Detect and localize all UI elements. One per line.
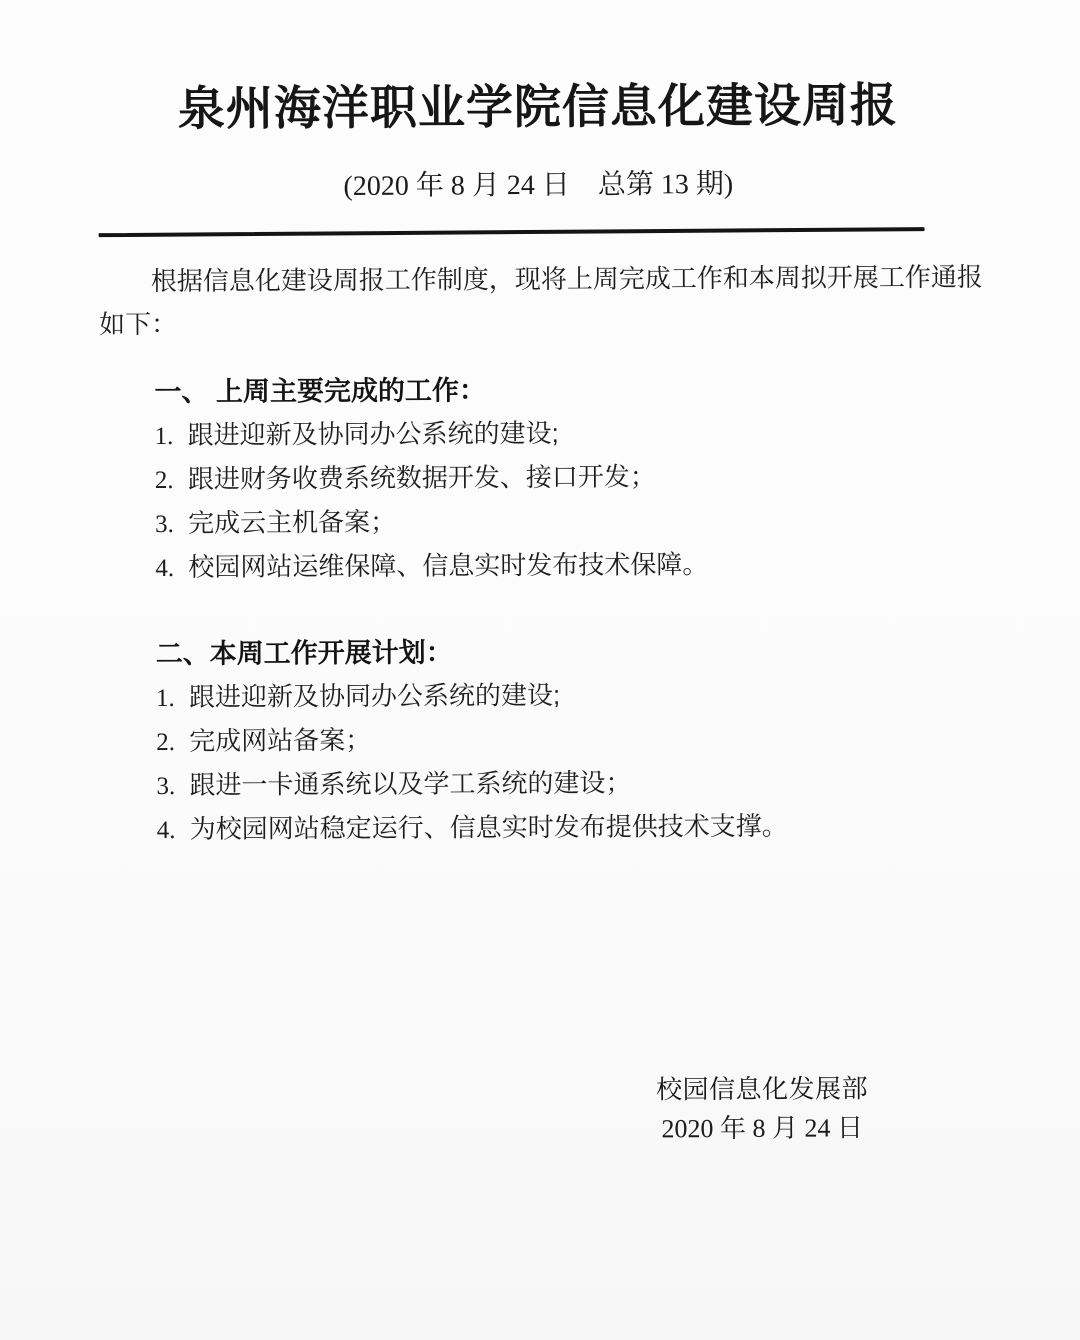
list-item-text: 跟进财务收费系统数据开发、接口开发；: [188, 455, 656, 500]
list-item: 3. 完成云主机备案；: [100, 498, 995, 547]
title-divider-rule: [99, 227, 925, 237]
last-week-work-list: 1. 跟进迎新及协同办公系统的建设; 2. 跟进财务收费系统数据开发、接口开发；…: [100, 410, 996, 591]
list-item: 2. 跟进财务收费系统数据开发、接口开发；: [100, 454, 995, 503]
this-week-plan-list: 1. 跟进迎新及协同办公系统的建设; 2. 完成网站备案； 3. 跟进一卡通系统…: [101, 672, 997, 853]
scanned-report: 泉州海洋职业学院信息化建设周报 (2020 年 8 月 24 日 总第 13 期…: [0, 75, 1080, 1153]
list-item: 2. 完成网站备案；: [101, 716, 996, 765]
list-item-text: 校园网站运维保障、信息实时发布技术保障。: [188, 543, 708, 589]
intro-paragraph: 根据信息化建设周报工作制度，现将上周完成工作和本周拟开展工作通报如下：: [99, 256, 994, 347]
list-item: 1. 跟进迎新及协同办公系统的建设;: [101, 672, 996, 721]
list-item-text: 跟进迎新及协同办公系统的建设;: [189, 674, 560, 719]
section-heading-this-week: 二、本周工作开展计划：: [101, 630, 996, 675]
list-item: 3. 跟进一卡通系统以及学工系统的建设；: [101, 760, 996, 809]
list-item-text: 跟进一卡通系统以及学工系统的建设；: [189, 762, 631, 807]
report-body: 根据信息化建设周报工作制度，现将上周完成工作和本周拟开展工作通报如下： 一、 上…: [99, 256, 999, 1153]
list-item-number: 4.: [157, 809, 190, 852]
report-title: 泉州海洋职业学院信息化建设周报: [0, 75, 1078, 139]
list-item-number: 1.: [155, 415, 188, 458]
list-item-text: 完成网站备案；: [189, 719, 371, 763]
issue-date-line: (2020 年 8 月 24 日 总第 13 期): [0, 165, 1078, 207]
list-item: 4. 为校园网站稳定运行、信息实时发布提供技术支撑。: [102, 804, 997, 853]
list-item-number: 3.: [156, 765, 189, 808]
list-item: 4. 校园网站运维保障、信息实时发布技术保障。: [100, 542, 995, 591]
list-item-text: 完成云主机备案；: [188, 501, 396, 545]
signature-date: 2020 年 8 月 24 日: [656, 1108, 868, 1149]
list-item: 1. 跟进迎新及协同办公系统的建设;: [100, 410, 995, 459]
list-item-number: 3.: [155, 503, 188, 546]
list-item-number: 1.: [156, 677, 189, 720]
section-heading-last-week: 一、 上周主要完成的工作：: [99, 368, 994, 413]
list-item-number: 4.: [155, 547, 188, 590]
list-item-text: 为校园网站稳定运行、信息实时发布提供技术支撑。: [190, 805, 788, 851]
signature-block: 校园信息化发展部 2020 年 8 月 24 日: [656, 1068, 868, 1149]
signature-department: 校园信息化发展部: [656, 1068, 868, 1109]
list-item-number: 2.: [156, 721, 189, 764]
document-page: 泉州海洋职业学院信息化建设周报 (2020 年 8 月 24 日 总第 13 期…: [0, 0, 1080, 1340]
list-item-text: 跟进迎新及协同办公系统的建设;: [188, 412, 559, 457]
list-item-number: 2.: [155, 459, 188, 502]
